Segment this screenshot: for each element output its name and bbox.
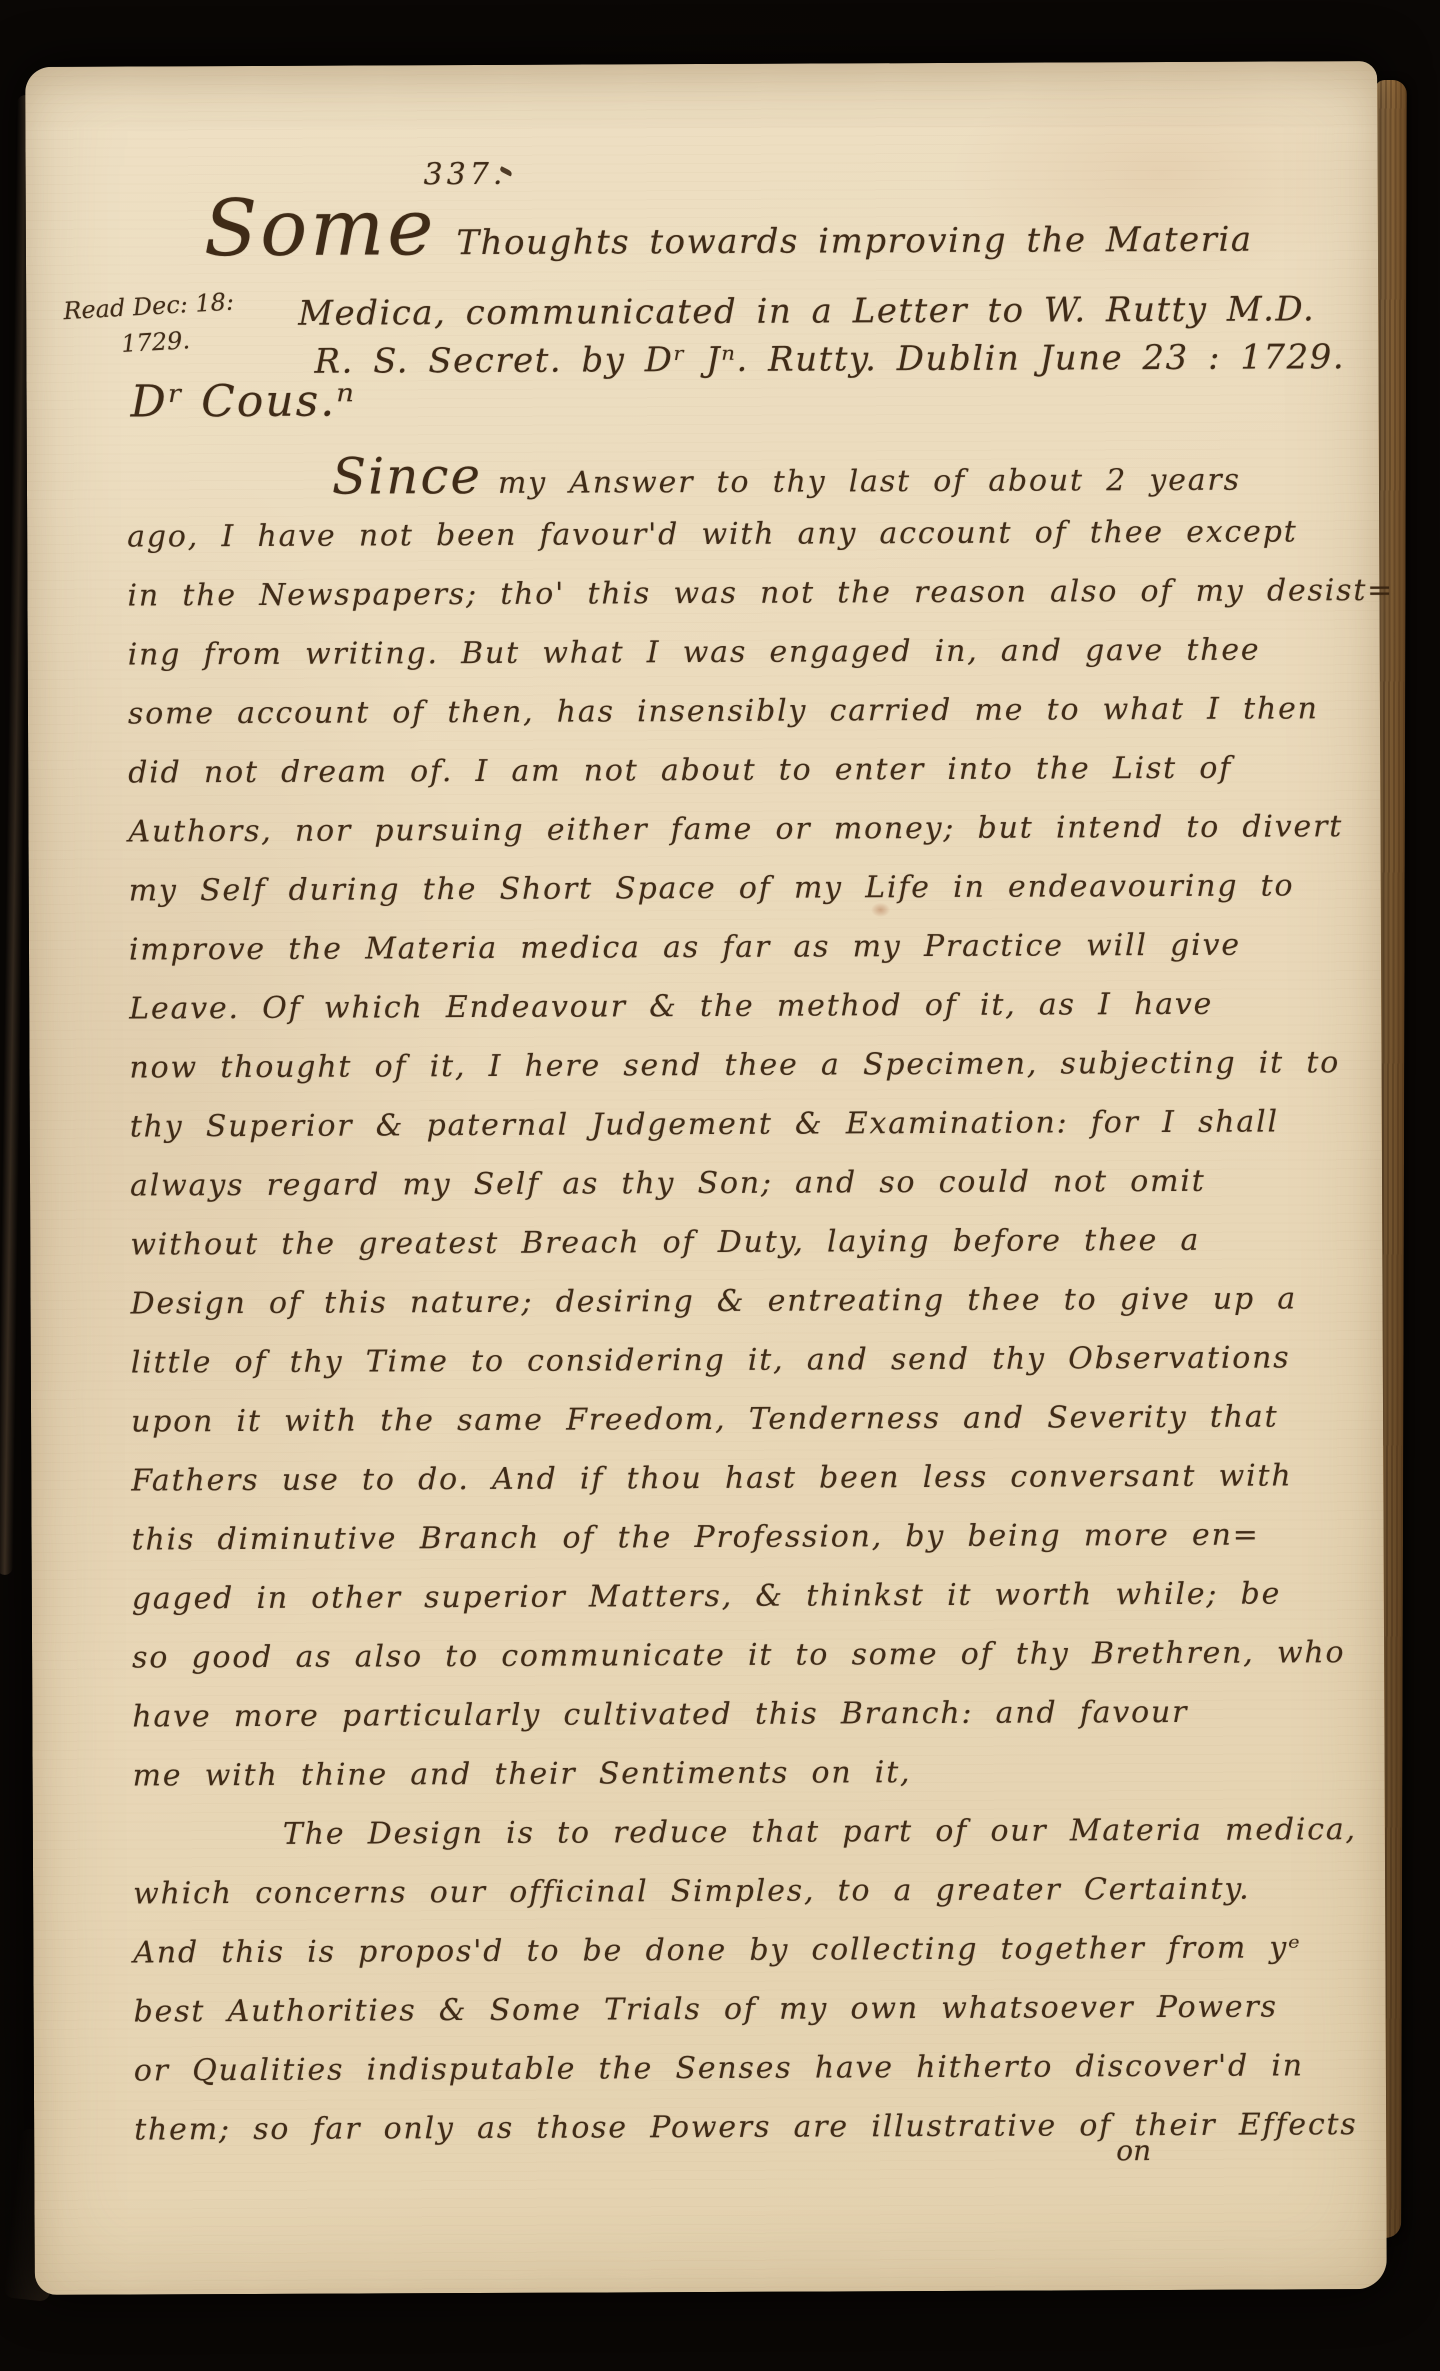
salutation: Dʳ Cous.ⁿ	[130, 376, 356, 428]
manuscript-line: in the Newspapers; tho' this was not the…	[127, 561, 1377, 625]
manuscript-line: Design of this nature; desiring & entrea…	[130, 1269, 1380, 1333]
manuscript-line: The Design is to reduce that part of our…	[133, 1800, 1383, 1864]
manuscript-line: gaged in other superior Matters, & think…	[132, 1564, 1382, 1628]
letter-body: Sincemy Answer to thy last of about 2 ye…	[127, 443, 1384, 2159]
manuscript-line: my Self during the Short Space of my Lif…	[129, 856, 1379, 920]
manuscript-page: 337. Some Thoughts towards improving the…	[25, 61, 1387, 2295]
manuscript-line: upon it with the same Freedom, Tendernes…	[131, 1387, 1381, 1451]
manuscript-line: Fathers use to do. And if thou hast been…	[131, 1446, 1381, 1510]
since-lead-word: Since	[332, 447, 482, 506]
manuscript-line: thy Superior & paternal Judgement & Exam…	[130, 1092, 1380, 1156]
manuscript-line: them; so far only as those Powers are il…	[134, 2095, 1384, 2159]
manuscript-line: so good as also to communicate it to som…	[132, 1623, 1382, 1687]
title-line-3: R. S. Secret. by Dʳ Jⁿ. Rutty. Dublin Ju…	[314, 337, 1345, 381]
manuscript-line: ing from writing. But what I was engaged…	[128, 620, 1378, 684]
manuscript-line: Authors, nor pursuing either fame or mon…	[128, 797, 1378, 861]
manuscript-line: have more particularly cultivated this B…	[132, 1682, 1382, 1746]
manuscript-line: which concerns our officinal Simples, to…	[133, 1859, 1383, 1923]
manuscript-line-text: my Answer to thy last of about 2 years	[498, 463, 1241, 501]
manuscript-line: improve the Materia medica as far as my …	[129, 915, 1379, 979]
manuscript-line: Sincemy Answer to thy last of about 2 ye…	[127, 443, 1377, 507]
manuscript-line: little of thy Time to considering it, an…	[131, 1328, 1381, 1392]
catchword: on	[1116, 2134, 1151, 2167]
manuscript-line: did not dream of. I am not about to ente…	[128, 738, 1378, 802]
manuscript-line: always regard my Self as thy Son; and so…	[130, 1151, 1380, 1215]
manuscript-line: me with thine and their Sentiments on it…	[132, 1741, 1382, 1805]
manuscript-line: this diminutive Branch of the Profession…	[131, 1505, 1381, 1569]
manuscript-line: Leave. Of which Endeavour & the method o…	[129, 974, 1379, 1038]
manuscript-line: or Qualities indisputable the Senses hav…	[134, 2036, 1384, 2100]
manuscript-line: And this is propos'd to be done by colle…	[133, 1918, 1383, 1982]
manuscript-line: ago, I have not been favour'd with any a…	[127, 502, 1377, 566]
title-line-1: Some Thoughts towards improving the Mate…	[204, 180, 1253, 275]
title-line-2: Medica, communicated in a Letter to W. R…	[298, 289, 1315, 333]
title-line-1-rest: Thoughts towards improving the Materia	[456, 220, 1252, 263]
margin-note-read-date: Read Dec: 18: 1729.	[62, 284, 237, 366]
manuscript-line: without the greatest Breach of Duty, lay…	[130, 1210, 1380, 1274]
title-lead-word: Some	[204, 183, 437, 274]
manuscript-line: now thought of it, I here send thee a Sp…	[129, 1033, 1379, 1097]
manuscript-line: some account of then, has insensibly car…	[128, 679, 1378, 743]
manuscript-line: best Authorities & Some Trials of my own…	[134, 1977, 1384, 2041]
